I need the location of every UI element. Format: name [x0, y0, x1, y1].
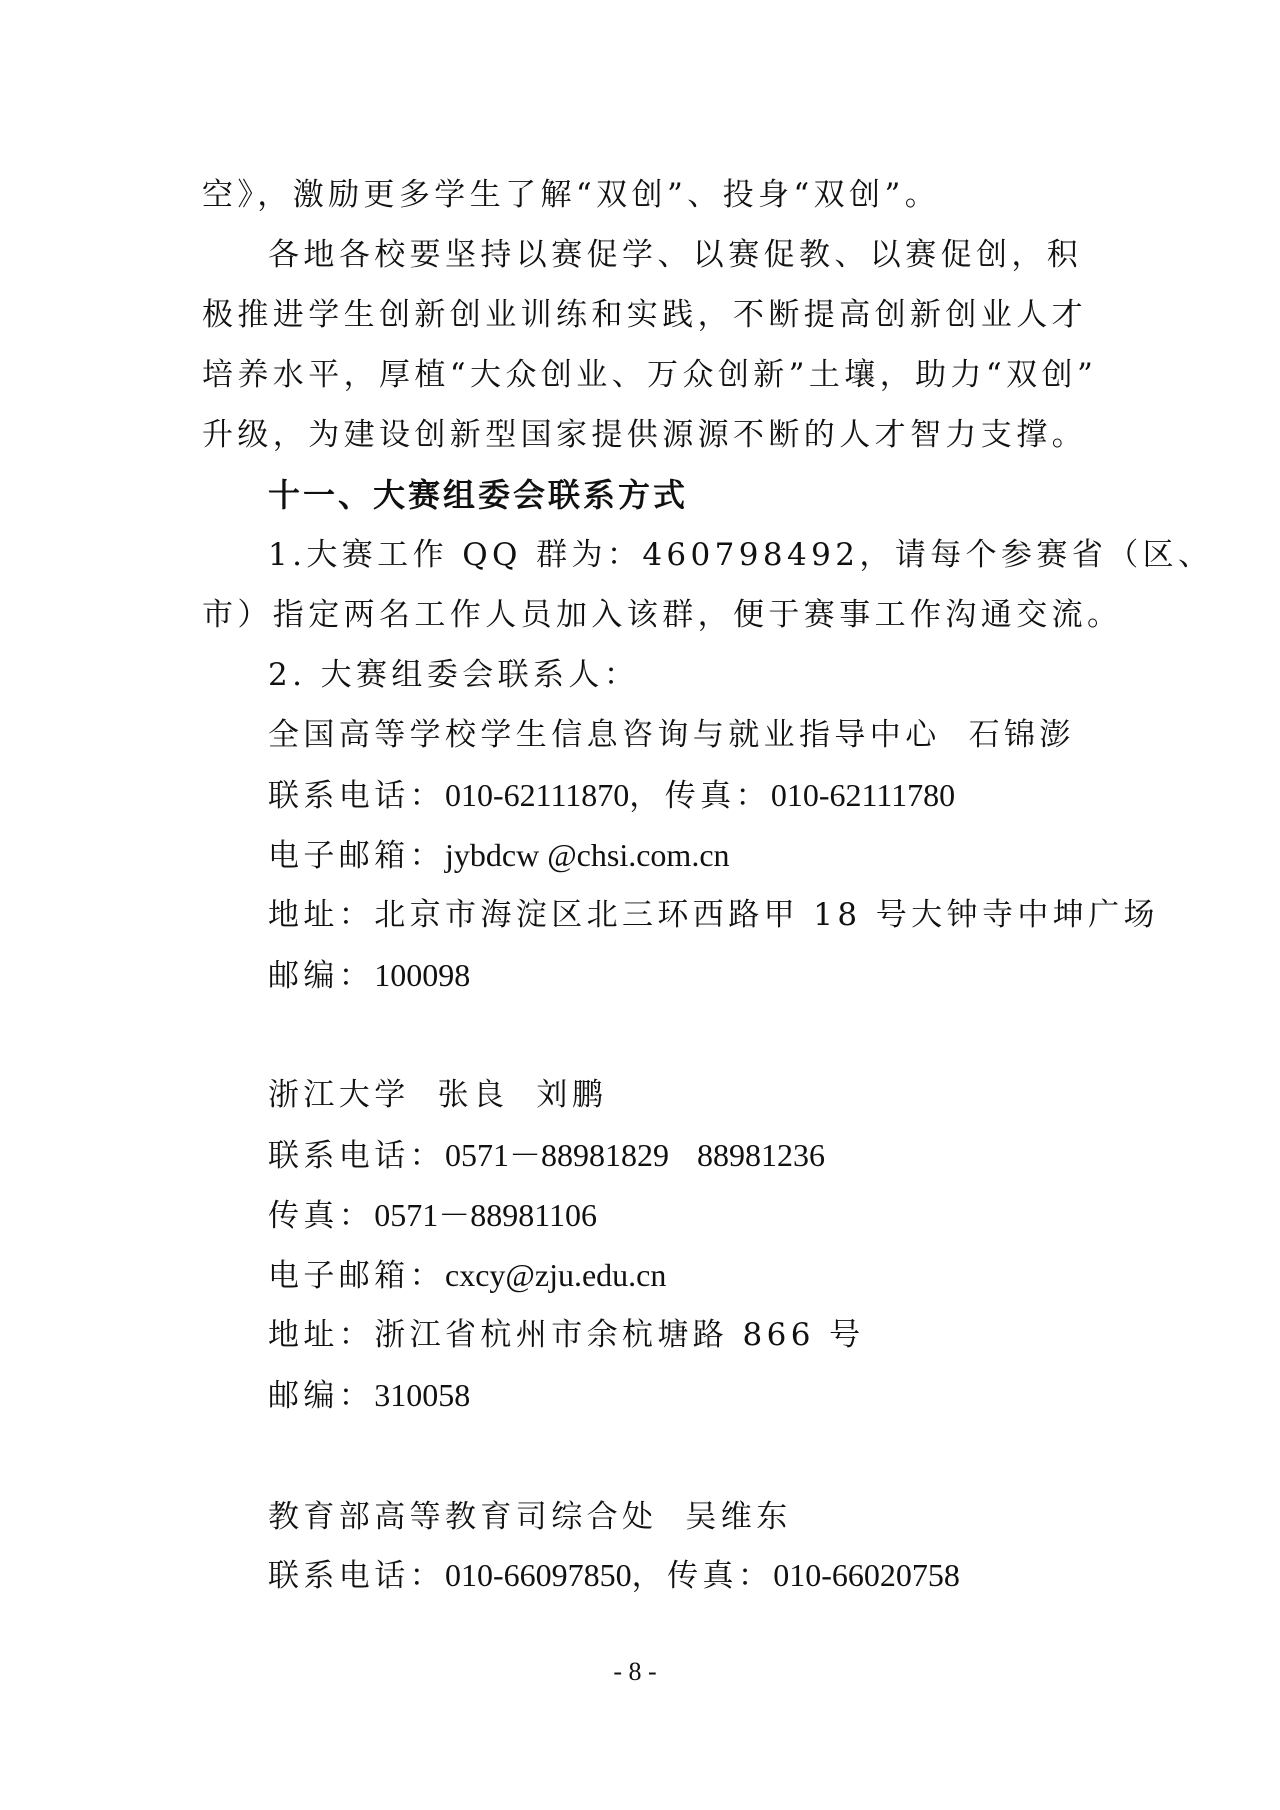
contact-email-line: 电子邮箱：cxcy@zju.edu.cn [268, 1245, 666, 1305]
document-page: 空》，激励更多学生了解“双创”、投身“双创”。 各地各校要坚持以赛促学、以赛促教… [0, 0, 1280, 1810]
phone-label: 联系电话： [268, 1558, 445, 1594]
address-label: 地址： [268, 897, 374, 933]
contact-fax-line: 传真：0571－88981106 [268, 1185, 597, 1245]
fax-label: 传真： [667, 1558, 773, 1594]
email-label: 电子邮箱： [268, 838, 445, 874]
contact-email-line: 电子邮箱：jybdcw @chsi.com.cn [268, 825, 730, 885]
address-value: 北京市海淀区北三环西路甲 18 号大钟寺中坤广场 [374, 897, 1159, 933]
fax-value: 0571－88981106 [374, 1197, 597, 1233]
phone-value: 0571－88981829 [445, 1137, 669, 1173]
email-value: cxcy@zju.edu.cn [445, 1257, 666, 1293]
phone-label: 联系电话： [268, 778, 445, 814]
fax-value: 010-62111780 [771, 777, 955, 813]
contact-org-line: 教育部高等教育司综合处吴维东 [268, 1487, 792, 1547]
contact-org-line: 浙江大学张良刘鹏 [268, 1065, 607, 1125]
email-label: 电子邮箱： [268, 1258, 445, 1294]
contact-phone-line: 联系电话：010-66097850，传真：010-66020758 [268, 1545, 960, 1605]
paragraph-line: 升级，为建设创新型国家提供源源不断的人才智力支撑。 [202, 405, 1087, 465]
phone-value: 010-66097850 [445, 1557, 632, 1593]
fax-label: 传真： [665, 778, 771, 814]
contact-name: 吴维东 [685, 1499, 791, 1535]
qq-group-line: 1.大赛工作 QQ 群为：460798492，请每个参赛省（区、 [268, 525, 1066, 585]
fax-label: 传真： [268, 1198, 374, 1234]
contact-address-line: 地址：北京市海淀区北三环西路甲 18 号大钟寺中坤广场 [268, 885, 1159, 945]
page-number: - 8 - [0, 1652, 1270, 1692]
contact-name: 张良 [438, 1077, 509, 1113]
contacts-label: 2. 大赛组委会联系人： [268, 645, 639, 705]
paragraph-line: 空》，激励更多学生了解“双创”、投身“双创”。 [202, 165, 940, 225]
phone-value: 010-62111870 [445, 777, 629, 813]
paragraph-line: 培养水平，厚植“大众创业、万众创新”土壤，助力“双创” [202, 345, 1066, 405]
contact-zip-line: 邮编：100098 [268, 945, 470, 1005]
zip-value: 100098 [374, 957, 470, 993]
contact-org: 教育部高等教育司综合处 [268, 1499, 657, 1535]
contact-phone-line: 联系电话：010-62111870，传真：010-62111780 [268, 765, 955, 825]
contact-org-line: 全国高等学校学生信息咨询与就业指导中心石锦澎 [268, 705, 1075, 765]
contact-org: 全国高等学校学生信息咨询与就业指导中心 [268, 717, 941, 753]
section-heading: 十一、大赛组委会联系方式 [268, 465, 688, 525]
paragraph-line: 极推进学生创新创业训练和实践，不断提高创新创业人才 [202, 285, 1066, 345]
paragraph-line: 各地各校要坚持以赛促学、以赛促教、以赛促创，积 [268, 225, 1066, 285]
contact-zip-line: 邮编：310058 [268, 1365, 470, 1425]
fax-value: 010-66020758 [773, 1557, 960, 1593]
zip-value: 310058 [374, 1377, 470, 1413]
contact-org: 浙江大学 [268, 1077, 410, 1113]
contact-name: 石锦澎 [969, 717, 1075, 753]
address-label: 地址： [268, 1317, 374, 1353]
separator: ， [629, 778, 664, 814]
zip-label: 邮编： [268, 958, 374, 994]
contact-phone-line: 联系电话：0571－8898182988981236 [268, 1125, 825, 1185]
address-value: 浙江省杭州市余杭塘路 866 号 [374, 1317, 864, 1353]
email-value: jybdcw @chsi.com.cn [445, 837, 730, 873]
phone-value-2: 88981236 [697, 1137, 825, 1173]
zip-label: 邮编： [268, 1378, 374, 1414]
qq-group-line: 市）指定两名工作人员加入该群，便于赛事工作沟通交流。 [202, 585, 1066, 645]
contact-name: 刘鹏 [536, 1077, 607, 1113]
separator: ， [632, 1558, 667, 1594]
contact-address-line: 地址：浙江省杭州市余杭塘路 866 号 [268, 1305, 864, 1365]
phone-label: 联系电话： [268, 1138, 445, 1174]
